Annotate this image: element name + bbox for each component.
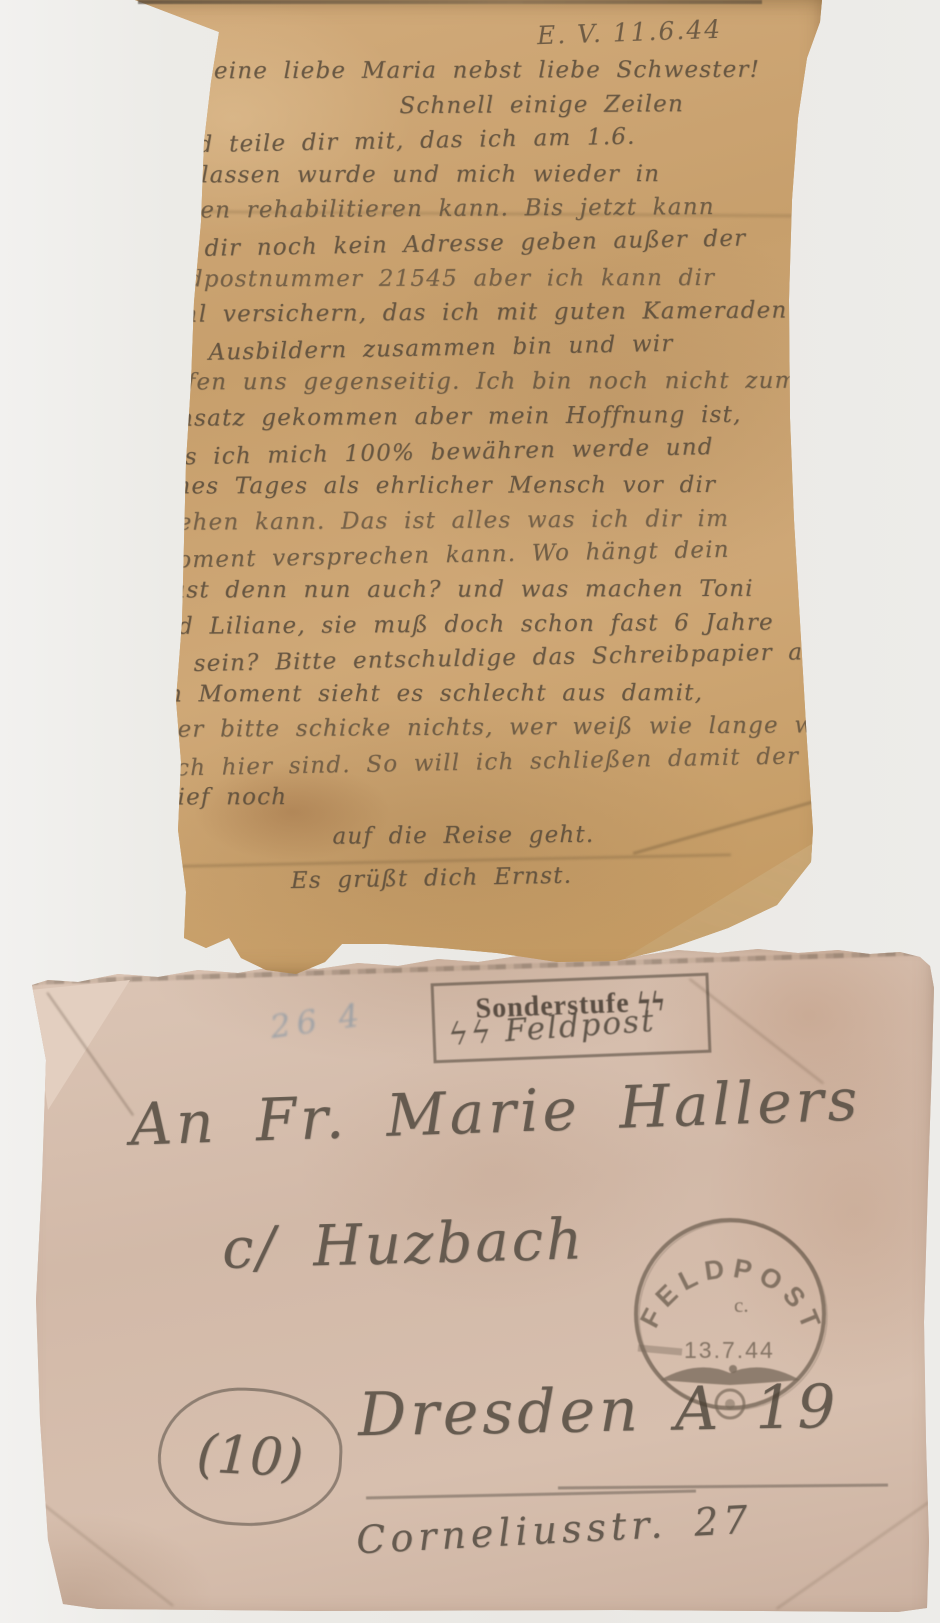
city-underline: [366, 1490, 696, 1500]
letter-line: Brief noch: [147, 779, 804, 815]
envelope: Sonderstufe ϟϟ ϟϟ Feldpost 26 4 An Fr. M…: [18, 940, 938, 1623]
letter-date: E. V. 11.6.44: [537, 15, 723, 50]
blue-pencil-note: 26 4: [268, 996, 368, 1047]
letter-line: Feldpostnummer 21545 aber ich kann dir: [149, 260, 801, 296]
letter-line: helfen uns gegenseitig. Ich bin noch nic…: [147, 364, 801, 400]
address-recipient: An Fr. Marie Hallers: [129, 1065, 862, 1158]
torn-edge: [86, 24, 101, 936]
letter-line: auf die Reise geht.: [332, 816, 804, 854]
adjacent-page-edge: [138, 0, 762, 4]
fold-crease: [776, 1493, 940, 1609]
letter-body: Meine liebe Maria nebst liebe Schwester!…: [137, 51, 805, 896]
torn-open-edge: [28, 950, 926, 985]
letter-line: entlassen wurde und mich wieder in: [160, 157, 800, 193]
letter-line: Gust denn nun auch? und was machen Toni: [151, 572, 803, 608]
fold-crease: [23, 1488, 174, 1607]
letter-page: E. V. 11.6.44 Meine liebe Maria nebst li…: [85, 0, 825, 978]
postmark-ring-label: FELDPOST: [634, 1253, 829, 1339]
address-co-line: c/ Huzbach: [221, 1207, 586, 1281]
feldpost-postmark: FELDPOST c. 13.7.44: [618, 1202, 853, 1457]
letter-line: eines Tages als ehrlicher Mensch vor dir: [152, 468, 802, 504]
letter-line: Meine liebe Maria nebst liebe Schwester!: [189, 53, 799, 89]
letter-line: im Moment sieht es schlecht aus damit,: [151, 675, 803, 711]
postmark-letter-code: c.: [734, 1293, 749, 1317]
letter-line: Es grüßt dich Ernst.: [290, 854, 805, 898]
address-street: Corneliusstr. 27: [355, 1498, 753, 1563]
postal-zone-circled: (10): [155, 1383, 346, 1530]
postmark-date: 13.7.44: [684, 1337, 775, 1363]
postal-zone-text: (10): [195, 1424, 305, 1490]
scanned-feldpost-letter-and-envelope: E. V. 11.6.44 Meine liebe Maria nebst li…: [0, 0, 940, 1623]
postmark-smear: [638, 1348, 682, 1352]
city-underline: [558, 1484, 888, 1490]
